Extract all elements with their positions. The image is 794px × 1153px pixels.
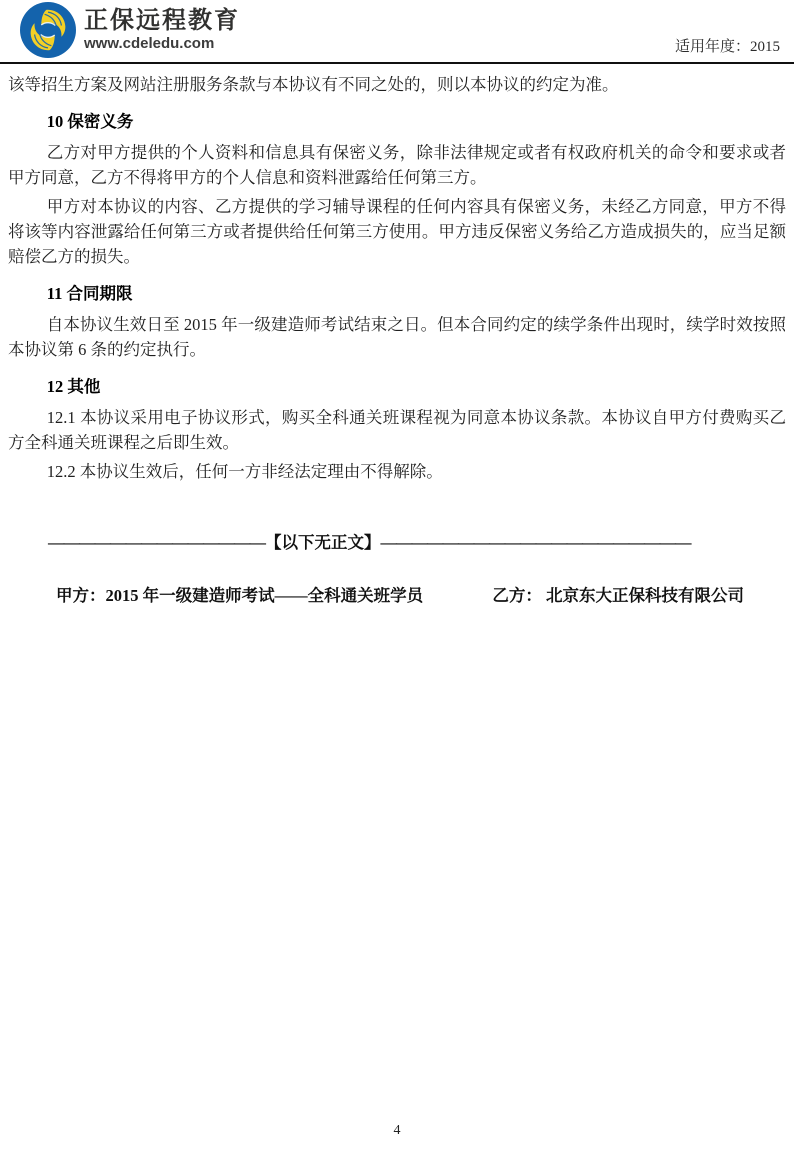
page-header: 正保远程教育 www.cdeledu.com 适用年度：2015 — [0, 0, 794, 62]
brand-text: 正保远程教育 www.cdeledu.com — [84, 7, 240, 53]
brand-block: 正保远程教育 www.cdeledu.com — [20, 2, 240, 58]
page-number: 4 — [394, 1123, 401, 1138]
page-footer: 4 — [0, 1123, 794, 1139]
party-a-label: 甲方：2015 年一级建造师考试——全科通关班学员 — [56, 583, 423, 608]
end-marker-right-dashes: ———————————————————— — [381, 533, 691, 552]
intro-paragraph: 该等招生方案及网站注册服务条款与本协议有不同之处的，则以本协议的约定为准。 — [8, 72, 786, 97]
section-heading-10: 10 保密义务 — [8, 109, 786, 134]
section-10-paragraph-2: 甲方对本协议的内容、乙方提供的学习辅导课程的任何内容具有保密义务，未经乙方同意，… — [8, 194, 786, 269]
document-body: 该等招生方案及网站注册服务条款与本协议有不同之处的，则以本协议的约定为准。 10… — [0, 62, 794, 608]
end-marker-left-dashes: —————————————— — [48, 533, 265, 552]
section-heading-12: 12 其他 — [8, 374, 786, 399]
applicable-year-label: 适用年度：2015 — [675, 35, 780, 56]
brand-name: 正保远程教育 — [84, 7, 240, 35]
section-10-paragraph-1: 乙方对甲方提供的个人资料和信息具有保密义务，除非法律规定或者有权政府机关的命令和… — [8, 140, 786, 190]
document-page: 正保远程教育 www.cdeledu.com 适用年度：2015 该等招生方案及… — [0, 0, 794, 1153]
section-heading-11: 11 合同期限 — [8, 281, 786, 306]
brand-logo-icon — [20, 2, 76, 58]
end-marker-label: 【以下无正文】 — [265, 533, 381, 552]
end-of-text-marker: ——————————————【以下无正文】———————————————————… — [8, 530, 786, 555]
header-divider-rule — [0, 62, 794, 64]
brand-url: www.cdeledu.com — [84, 35, 240, 53]
section-12-paragraph-2: 12.2 本协议生效后，任何一方非经法定理由不得解除。 — [8, 459, 786, 484]
party-b-label: 乙方： 北京东大正保科技有限公司 — [492, 583, 744, 608]
signature-row: 甲方：2015 年一级建造师考试——全科通关班学员 乙方： 北京东大正保科技有限… — [8, 583, 786, 608]
section-11-paragraph-1: 自本协议生效日至 2015 年一级建造师考试结束之日。但本合同约定的续学条件出现… — [8, 312, 786, 362]
section-12-paragraph-1: 12.1 本协议采用电子协议形式，购买全科通关班课程视为同意本协议条款。本协议自… — [8, 405, 786, 455]
